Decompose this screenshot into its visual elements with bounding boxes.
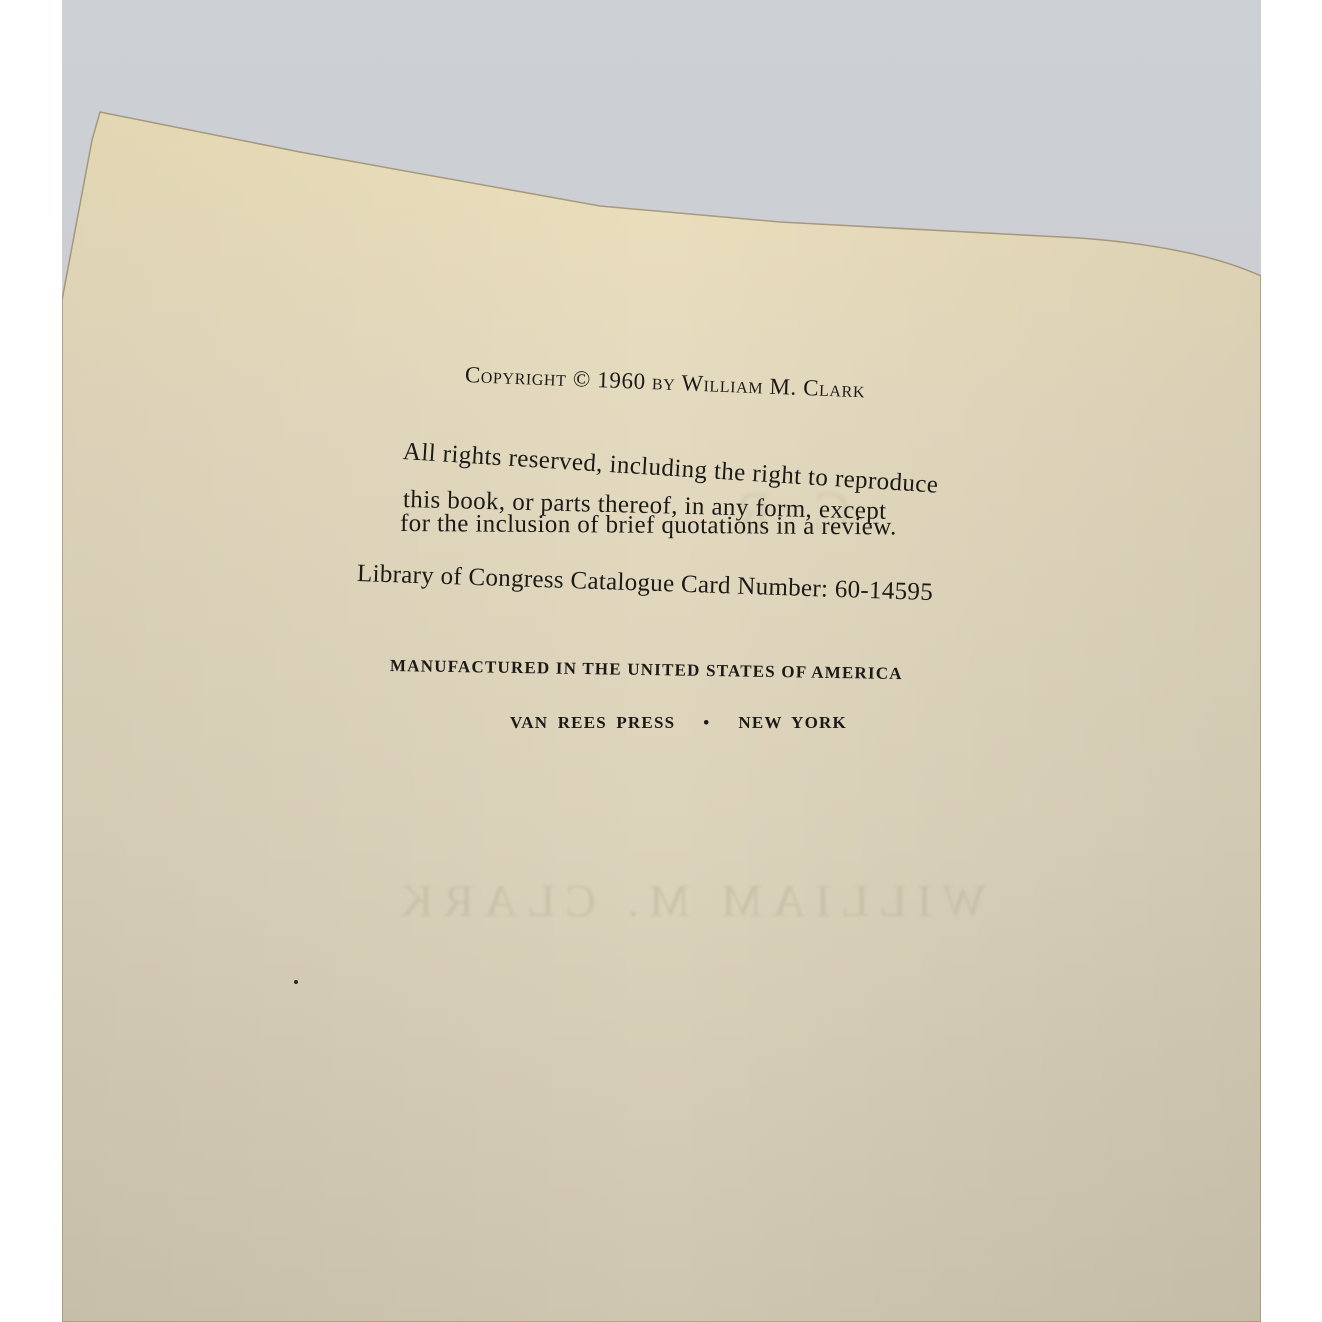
bullet-separator: • <box>703 713 710 732</box>
printer-name: VAN REES PRESS <box>510 713 675 732</box>
printer-city: NEW YORK <box>738 713 847 732</box>
printer-line: VAN REES PRESS•NEW YORK <box>510 713 847 733</box>
copyright-notice: Copyright © 1960 by William M. Clark <box>465 362 866 403</box>
library-of-congress-number: Library of Congress Catalogue Card Numbe… <box>357 560 934 607</box>
copyright-page-text: Copyright © 1960 by William M. Clark All… <box>0 0 1322 1322</box>
ink-speck <box>294 980 298 984</box>
manufactured-notice: MANUFACTURED IN THE UNITED STATES OF AME… <box>390 656 903 684</box>
rights-line-3: for the inclusion of brief quotations in… <box>400 510 897 541</box>
